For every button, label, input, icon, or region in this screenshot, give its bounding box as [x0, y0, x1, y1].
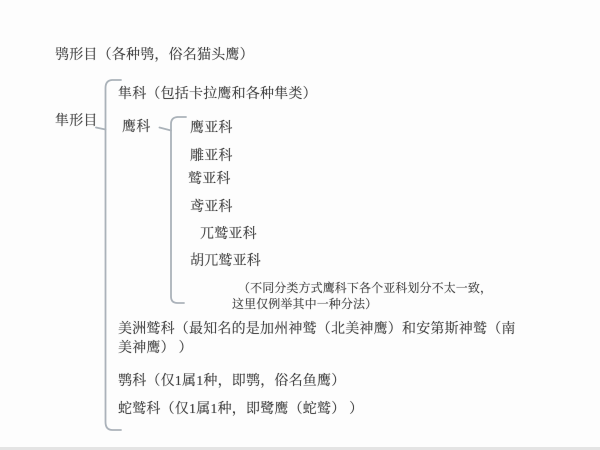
- subfamily-label: 雕亚科: [190, 149, 233, 164]
- subfamily-label: 胡兀鹫亚科: [190, 254, 261, 269]
- classification-note-line1: （不同分类方式鹰科下各个亚科划分不太一致，: [238, 281, 492, 295]
- family-cathartidae-label-line1: 美洲鹫科（最知名的是加州神鹫（北美神鹰）和安第斯神鹫（南: [118, 322, 516, 337]
- family-cathartidae-label-line2: 美神鹰） ）: [118, 341, 193, 356]
- subfamily-label: 兀鹫亚科: [200, 227, 257, 242]
- family-sagittariidae-label: 蛇鹫科（仅1属1种，即鹭鹰（蛇鹫） ）: [118, 402, 363, 417]
- subfamily-label: 鹰亚科: [190, 121, 233, 136]
- accipitridae-tick: [160, 128, 172, 131]
- subfamily-label: 鸢亚科: [190, 200, 233, 215]
- family-accipitridae-label: 鹰科: [122, 120, 150, 135]
- accipitridae-bracket: [160, 117, 187, 303]
- taxonomy-diagram: 鸮形目（各种鸮，俗名猫头鹰） 隼形目 隼科（包括卡拉鹰和各种隼类） 鹰科 鹰亚科…: [0, 0, 600, 450]
- falcon-order-label: 隼形目: [55, 114, 98, 129]
- owl-order-label: 鸮形目（各种鸮，俗名猫头鹰）: [55, 48, 254, 63]
- classification-note-line2: 这里仅例举其中一种分法）: [232, 297, 377, 311]
- subfamily-label: 鹫亚科: [188, 172, 231, 187]
- family-falconidae-label: 隼科（包括卡拉鹰和各种隼类）: [118, 87, 317, 102]
- family-pandionidae-label: 鹗科（仅1属1种，即鹗，俗名鱼鹰）: [118, 374, 345, 389]
